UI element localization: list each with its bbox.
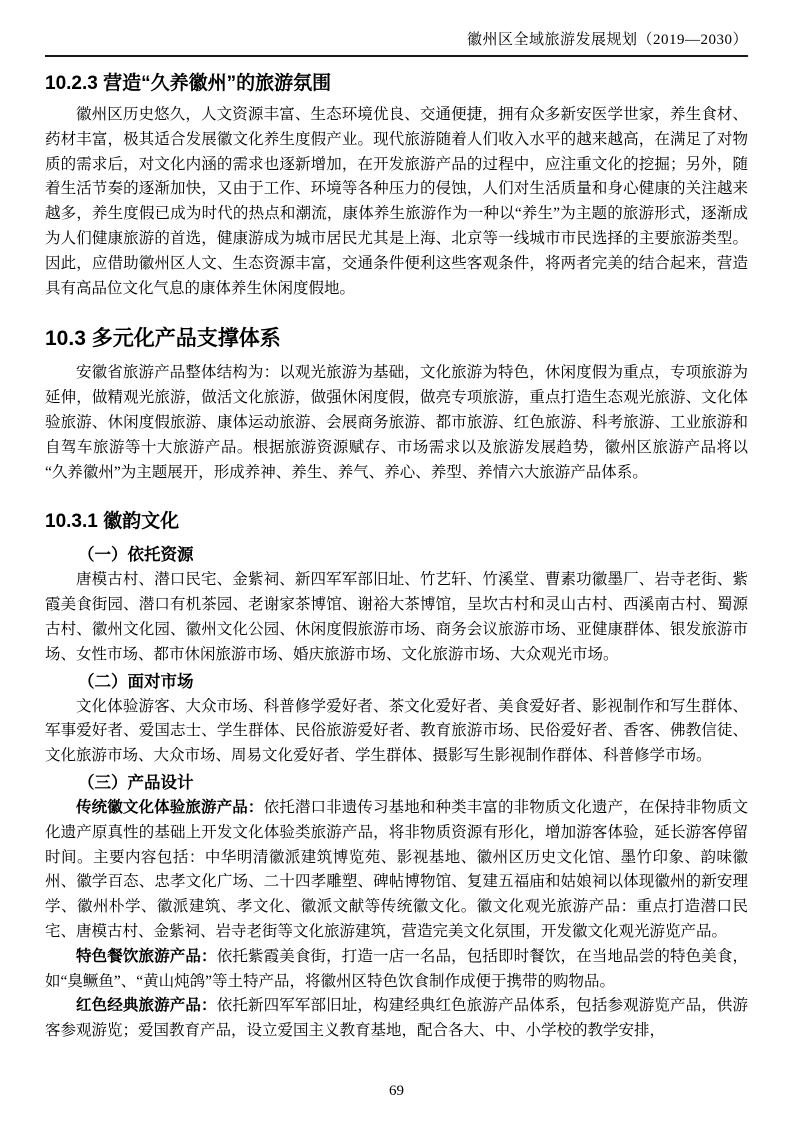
product-dining-lead: 特色餐饮旅游产品： (76, 948, 217, 965)
page-header: 徽州区全域旅游发展规划（2019—2030） (45, 30, 748, 57)
heading-10-3-1: 10.3.1 徽韵文化 (45, 509, 748, 535)
product-red-classic-lead: 红色经典旅游产品： (76, 997, 217, 1014)
paragraph-product-structure: 安徽省旅游产品整体结构为：以观光旅游为基础，文化旅游为特色，休闲度假为重点，专项… (45, 361, 748, 485)
page-number: 69 (0, 1083, 793, 1100)
heading-10-3: 10.3 多元化产品支撑体系 (45, 325, 748, 353)
subheading-resources: （一）依托资源 (45, 543, 748, 568)
product-traditional-culture-text: 依托潜口非遗传习基地和种类丰富的非物质文化遗产，在保持非物质文化遗产原真性的基础… (45, 799, 748, 940)
subheading-markets: （二）面对市场 (45, 670, 748, 695)
paragraph-product-traditional-culture: 传统徽文化体验旅游产品：依托潜口非遗传习基地和种类丰富的非物质文化遗产，在保持非… (45, 796, 748, 945)
paragraph-markets: 文化体验游客、大众市场、科普修学爱好者、茶文化爱好者、美食爱好者、影视制作和写生… (45, 695, 748, 769)
header-title: 徽州区全域旅游发展规划（2019—2030） (45, 30, 748, 50)
paragraph-resources: 唐模古村、潜口民宅、金紫祠、新四军军部旧址、竹艺轩、竹溪堂、曹素功徽墨厂、岩寺老… (45, 568, 748, 667)
document-page: 徽州区全域旅游发展规划（2019—2030） 10.2.3 营造“久养徽州”的旅… (0, 0, 793, 1122)
paragraph-product-dining: 特色餐饮旅游产品：依托紫霞美食街，打造一店一名品，包括即时餐饮，在当地品尝的特色… (45, 945, 748, 995)
heading-10-2-3: 10.2.3 营造“久养徽州”的旅游氛围 (45, 71, 748, 97)
header-divider (45, 55, 748, 57)
subheading-product-design: （三）产品设计 (45, 771, 748, 796)
product-traditional-culture-lead: 传统徽文化体验旅游产品： (76, 799, 264, 816)
paragraph-tourism-atmosphere: 徽州区历史悠久，人文资源丰富、生态环境优良、交通便捷，拥有众多新安医学世家，养生… (45, 103, 748, 301)
paragraph-product-red-classic: 红色经典旅游产品：依托新四军军部旧址，构建经典红色旅游产品体系，包括参观游览产品… (45, 994, 748, 1044)
